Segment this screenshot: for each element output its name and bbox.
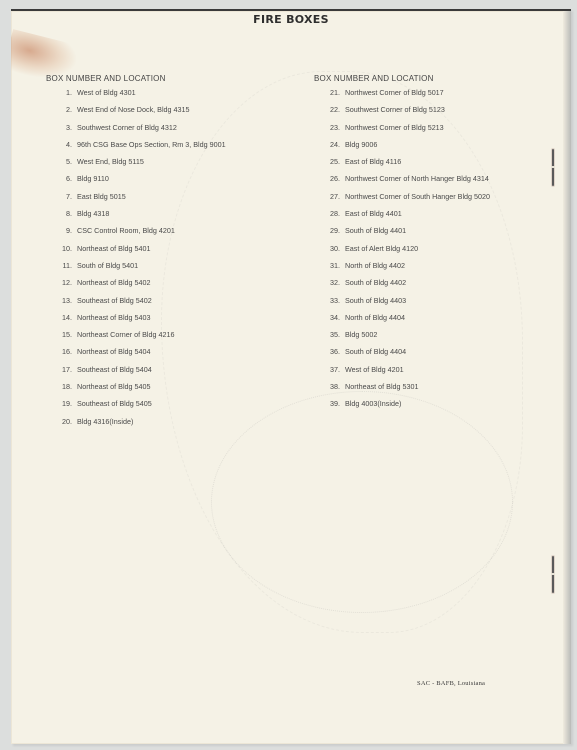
box-location: Northeast of Bldg 5403 xyxy=(77,313,151,330)
box-location: Bldg 4318 xyxy=(77,209,109,226)
box-number: 30. xyxy=(314,244,345,261)
fire-box-item: 3.Southwest Corner of Bldg 4312 xyxy=(46,123,226,140)
fire-box-item: 33.South of Bldg 4403 xyxy=(314,296,490,313)
box-location: South of Bldg 4401 xyxy=(345,226,406,243)
box-number: 26. xyxy=(314,174,345,191)
box-location: Northeast of Bldg 5404 xyxy=(77,347,151,364)
fire-box-item: 21.Northwest Corner of Bldg 5017 xyxy=(314,88,490,105)
box-location: Bldg 5002 xyxy=(345,330,377,347)
fire-box-item: 24.Bldg 9006 xyxy=(314,140,490,157)
fire-box-item: 38.Northeast of Bldg 5301 xyxy=(314,382,490,399)
box-number: 17. xyxy=(46,365,77,382)
fire-box-item: 35.Bldg 5002 xyxy=(314,330,490,347)
box-number: 16. xyxy=(46,347,77,364)
fire-box-item: 22.Southwest Corner of Bldg 5123 xyxy=(314,105,490,122)
column-right: BOX NUMBER AND LOCATION 21.Northwest Cor… xyxy=(314,74,490,417)
box-number: 20. xyxy=(46,417,77,434)
box-number: 21. xyxy=(314,88,345,105)
fire-box-item: 12.Northeast of Bldg 5402 xyxy=(46,278,226,295)
fire-box-item: 6.Bldg 9110 xyxy=(46,174,226,191)
bleed-through-map-detail xyxy=(211,391,513,613)
box-number: 27. xyxy=(314,192,345,209)
box-location: Northwest Corner of Bldg 5017 xyxy=(345,88,444,105)
fire-box-item: 19.Southeast of Bldg 5405 xyxy=(46,399,226,416)
box-number: 32. xyxy=(314,278,345,295)
fire-box-item: 34.North of Bldg 4404 xyxy=(314,313,490,330)
fire-box-item: 5.West End, Bldg 5115 xyxy=(46,157,226,174)
box-number: 18. xyxy=(46,382,77,399)
box-location: West of Bldg 4201 xyxy=(345,365,404,382)
box-location: North of Bldg 4402 xyxy=(345,261,405,278)
fire-box-item: 28.East of Bldg 4401 xyxy=(314,209,490,226)
box-number: 12. xyxy=(46,278,77,295)
box-location: West End of Nose Dock, Bldg 4315 xyxy=(77,105,190,122)
fire-box-item: 23.Northwest Corner of Bldg 5213 xyxy=(314,123,490,140)
box-location: Northeast of Bldg 5402 xyxy=(77,278,151,295)
box-location: East Bldg 5015 xyxy=(77,192,126,209)
staple-top xyxy=(552,149,554,186)
box-number: 38. xyxy=(314,382,345,399)
box-location: Northeast of Bldg 5301 xyxy=(345,382,419,399)
page-title: FIRE BOXES xyxy=(11,13,571,26)
fire-box-item: 1.West of Bldg 4301 xyxy=(46,88,226,105)
box-number: 11. xyxy=(46,261,77,278)
fire-box-item: 9.CSC Control Room, Bldg 4201 xyxy=(46,226,226,243)
box-location: West of Bldg 4301 xyxy=(77,88,136,105)
box-number: 25. xyxy=(314,157,345,174)
box-location: Northwest Corner of South Hanger Bldg 50… xyxy=(345,192,490,209)
box-number: 22. xyxy=(314,105,345,122)
fire-box-item: 20.Bldg 4316(Inside) xyxy=(46,417,226,434)
box-number: 36. xyxy=(314,347,345,364)
fire-box-item: 29.South of Bldg 4401 xyxy=(314,226,490,243)
box-location: Bldg 4003(Inside) xyxy=(345,399,401,416)
box-location: East of Bldg 4401 xyxy=(345,209,402,226)
fire-box-item: 4.96th CSG Base Ops Section, Rm 3, Bldg … xyxy=(46,140,226,157)
box-location: South of Bldg 4402 xyxy=(345,278,406,295)
fire-box-item: 13.Southeast of Bldg 5402 xyxy=(46,296,226,313)
fire-box-item: 15.Northeast Corner of Bldg 4216 xyxy=(46,330,226,347)
document-page: FIRE BOXES BOX NUMBER AND LOCATION 1.Wes… xyxy=(11,9,571,744)
box-number: 1. xyxy=(46,88,77,105)
column-header: BOX NUMBER AND LOCATION xyxy=(46,74,226,88)
staple-bottom xyxy=(552,556,554,593)
fire-box-item: 17.Southeast of Bldg 5404 xyxy=(46,365,226,382)
box-number: 8. xyxy=(46,209,77,226)
box-number: 23. xyxy=(314,123,345,140)
box-location: East of Alert Bldg 4120 xyxy=(345,244,418,261)
box-location: Southwest Corner of Bldg 4312 xyxy=(77,123,177,140)
fire-box-item: 7.East Bldg 5015 xyxy=(46,192,226,209)
fire-box-item: 37.West of Bldg 4201 xyxy=(314,365,490,382)
fire-box-item: 36.South of Bldg 4404 xyxy=(314,347,490,364)
box-number: 19. xyxy=(46,399,77,416)
box-location: North of Bldg 4404 xyxy=(345,313,405,330)
fire-box-item: 11.South of Bldg 5401 xyxy=(46,261,226,278)
box-location: Northeast of Bldg 5405 xyxy=(77,382,151,399)
box-number: 5. xyxy=(46,157,77,174)
fire-box-item: 27.Northwest Corner of South Hanger Bldg… xyxy=(314,192,490,209)
box-location: Southeast of Bldg 5402 xyxy=(77,296,152,313)
fire-box-item: 25.East of Bldg 4116 xyxy=(314,157,490,174)
fire-box-item: 8.Bldg 4318 xyxy=(46,209,226,226)
box-number: 24. xyxy=(314,140,345,157)
box-number: 6. xyxy=(46,174,77,191)
box-location: Bldg 9110 xyxy=(77,174,109,191)
column-header: BOX NUMBER AND LOCATION xyxy=(314,74,490,88)
fire-box-item: 31.North of Bldg 4402 xyxy=(314,261,490,278)
box-number: 13. xyxy=(46,296,77,313)
box-number: 35. xyxy=(314,330,345,347)
fire-box-item: 26.Northwest Corner of North Hanger Bldg… xyxy=(314,174,490,191)
box-number: 33. xyxy=(314,296,345,313)
box-number: 10. xyxy=(46,244,77,261)
box-number: 4. xyxy=(46,140,77,157)
box-number: 29. xyxy=(314,226,345,243)
box-location: Southeast of Bldg 5405 xyxy=(77,399,152,416)
box-number: 37. xyxy=(314,365,345,382)
box-location: South of Bldg 4403 xyxy=(345,296,406,313)
box-location: East of Bldg 4116 xyxy=(345,157,401,174)
box-location: Southeast of Bldg 5404 xyxy=(77,365,152,382)
fire-box-item: 14.Northeast of Bldg 5403 xyxy=(46,313,226,330)
box-number: 7. xyxy=(46,192,77,209)
fire-box-item: 39.Bldg 4003(Inside) xyxy=(314,399,490,416)
fire-box-list-right: 21.Northwest Corner of Bldg 501722.South… xyxy=(314,88,490,417)
box-location: Northwest Corner of Bldg 5213 xyxy=(345,123,444,140)
box-location: West End, Bldg 5115 xyxy=(77,157,144,174)
box-location: CSC Control Room, Bldg 4201 xyxy=(77,226,175,243)
box-location: Southwest Corner of Bldg 5123 xyxy=(345,105,445,122)
fire-box-item: 16.Northeast of Bldg 5404 xyxy=(46,347,226,364)
box-location: Northwest Corner of North Hanger Bldg 43… xyxy=(345,174,489,191)
fire-box-item: 10.Northeast of Bldg 5401 xyxy=(46,244,226,261)
column-left: BOX NUMBER AND LOCATION 1.West of Bldg 4… xyxy=(46,74,226,434)
box-location: Bldg 9006 xyxy=(345,140,377,157)
box-number: 28. xyxy=(314,209,345,226)
fire-box-item: 30.East of Alert Bldg 4120 xyxy=(314,244,490,261)
box-location: 96th CSG Base Ops Section, Rm 3, Bldg 90… xyxy=(77,140,226,157)
box-location: Northeast Corner of Bldg 4216 xyxy=(77,330,175,347)
box-location: South of Bldg 4404 xyxy=(345,347,406,364)
box-number: 31. xyxy=(314,261,345,278)
box-number: 9. xyxy=(46,226,77,243)
box-number: 2. xyxy=(46,105,77,122)
fire-box-item: 32.South of Bldg 4402 xyxy=(314,278,490,295)
fire-box-item: 2.West End of Nose Dock, Bldg 4315 xyxy=(46,105,226,122)
box-number: 14. xyxy=(46,313,77,330)
box-location: Northeast of Bldg 5401 xyxy=(77,244,151,261)
box-number: 39. xyxy=(314,399,345,416)
box-location: Bldg 4316(Inside) xyxy=(77,417,133,434)
fire-box-list-left: 1.West of Bldg 43012.West End of Nose Do… xyxy=(46,88,226,434)
box-number: 3. xyxy=(46,123,77,140)
fire-box-item: 18.Northeast of Bldg 5405 xyxy=(46,382,226,399)
box-number: 15. xyxy=(46,330,77,347)
box-location: South of Bldg 5401 xyxy=(77,261,138,278)
footer-location: SAC - BAFB, Louisiana xyxy=(417,680,485,687)
box-number: 34. xyxy=(314,313,345,330)
